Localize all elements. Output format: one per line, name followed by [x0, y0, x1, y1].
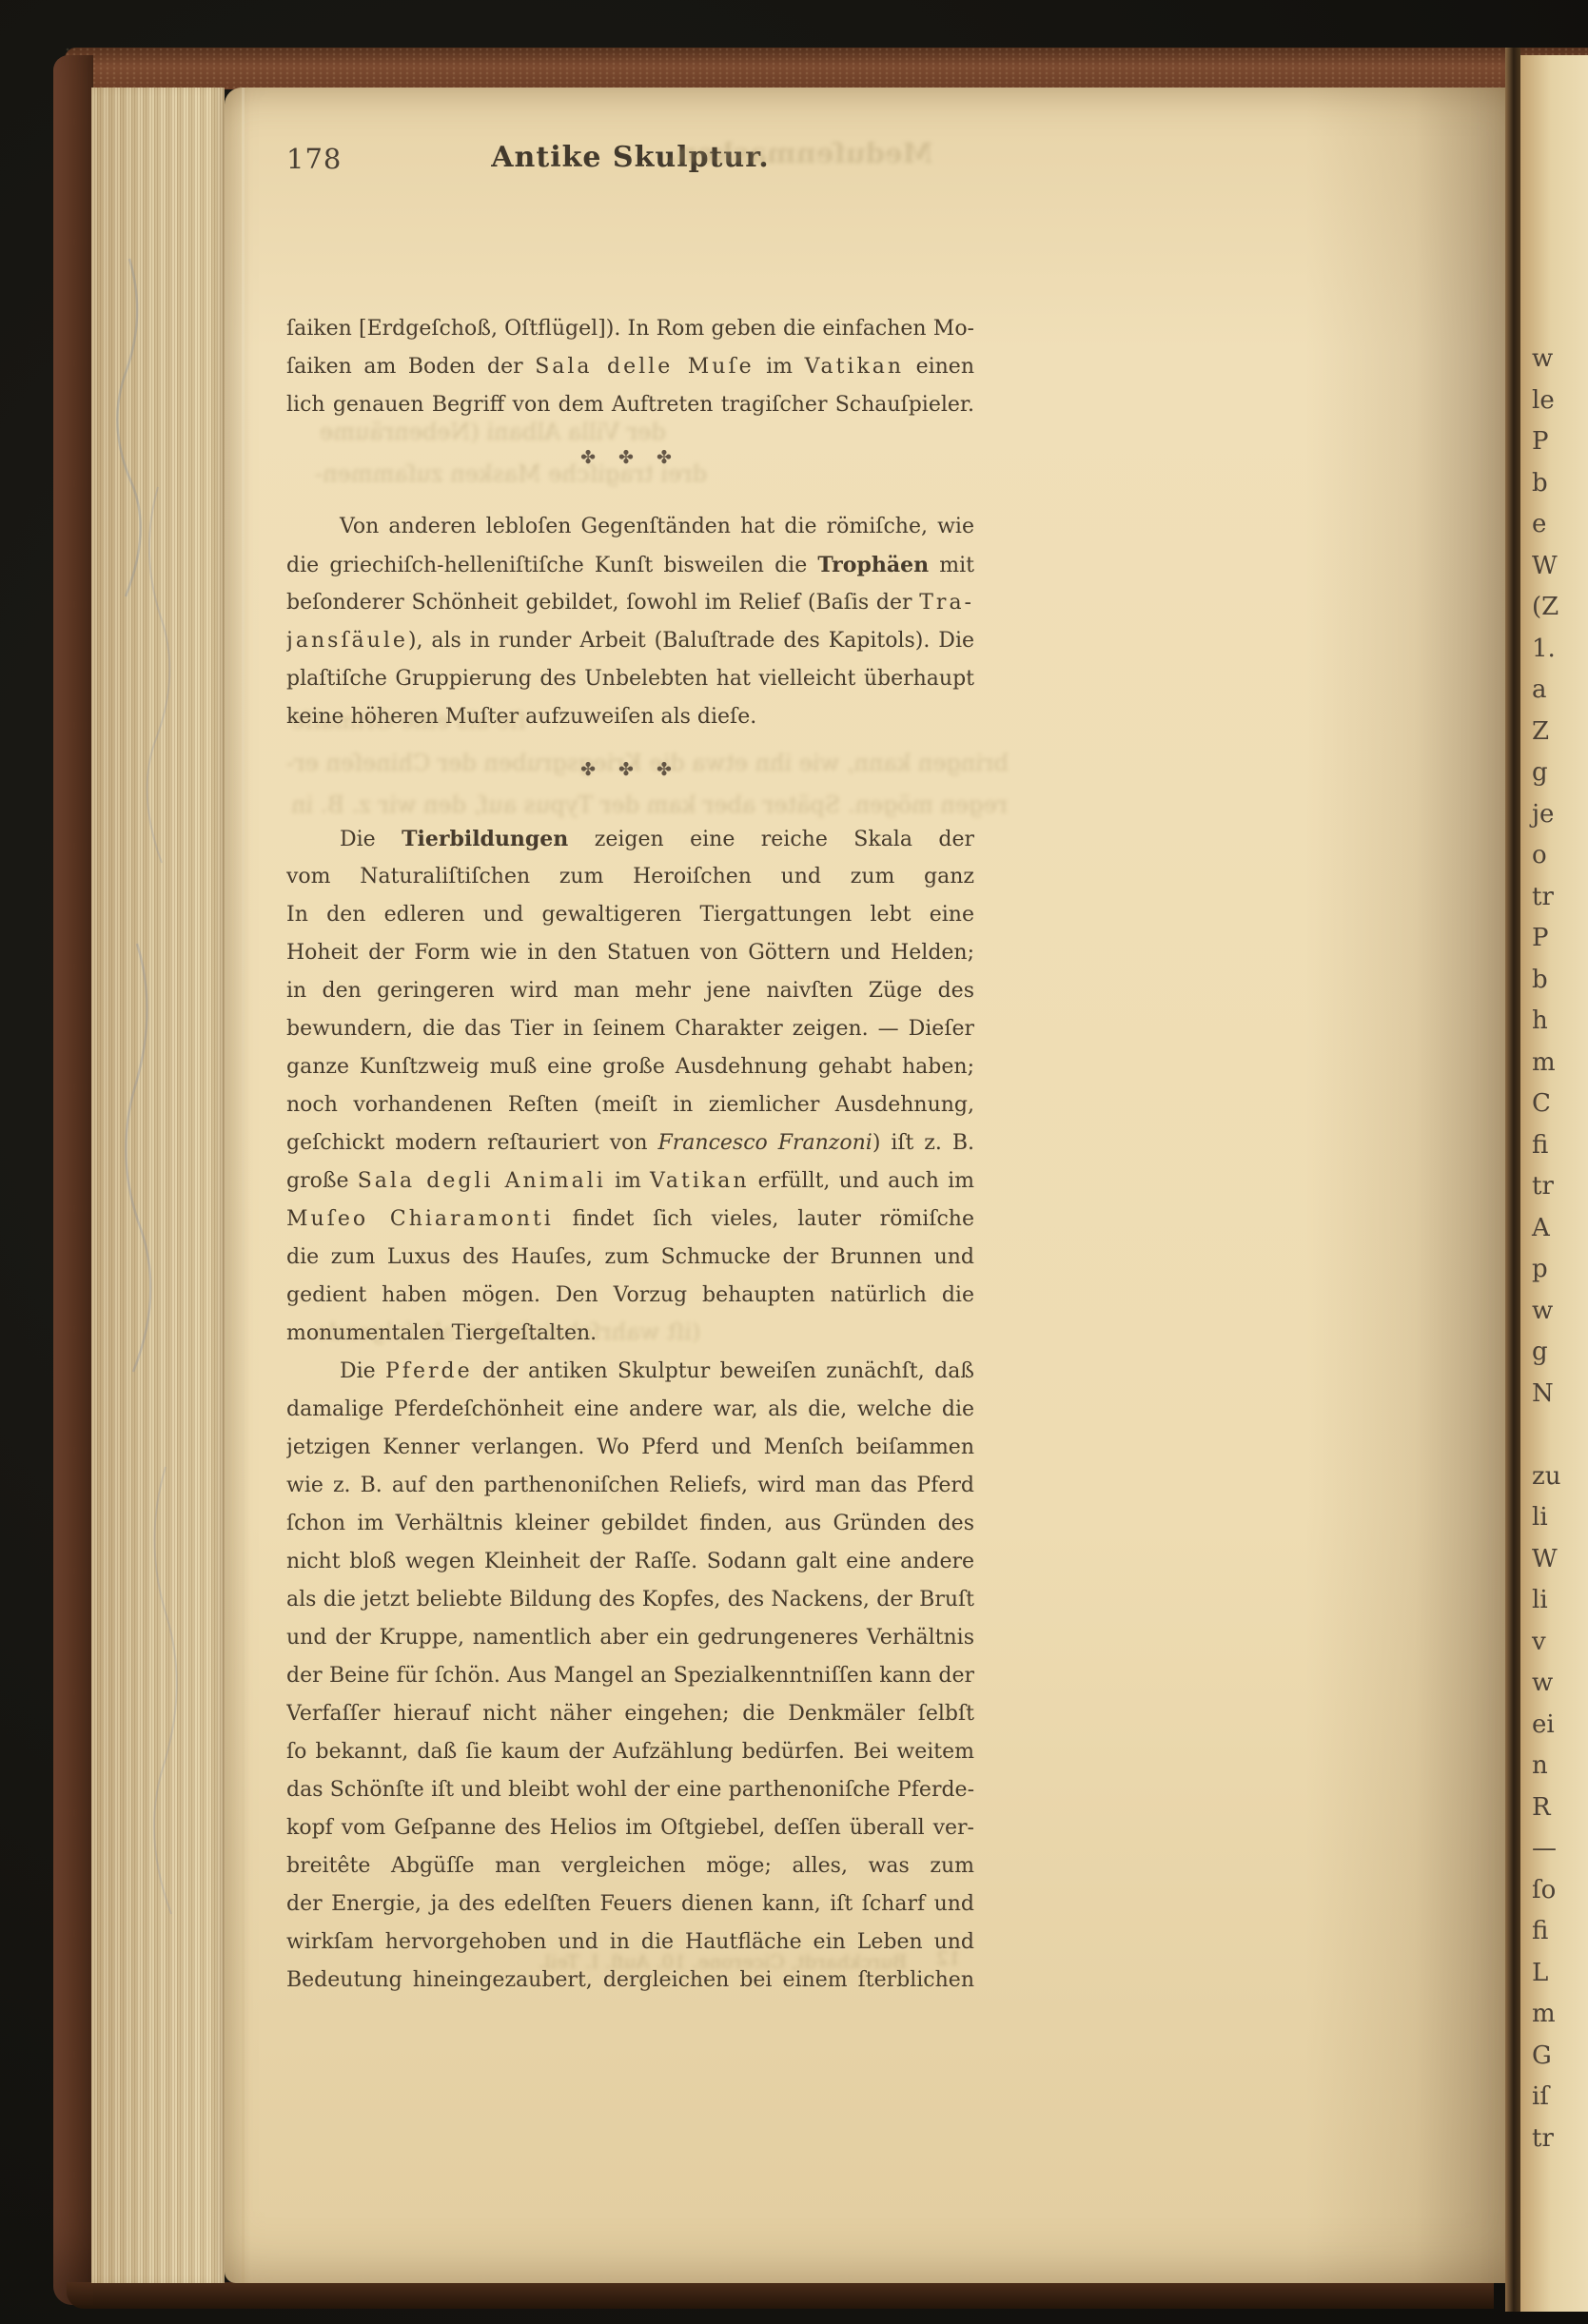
text-line: bbeſonderer Schönheit gebildet, ſowohl i… [286, 584, 974, 622]
paragraph: ſaiken [Erdgeſchoß, Oſtflügel]). In Rom … [286, 310, 974, 424]
facing-page-line-start: g [1532, 752, 1588, 794]
text-line: nicht bloß wegen Kleinheit der Raſſe. So… [286, 1543, 974, 1581]
facing-page-line-start: w [1532, 1663, 1588, 1705]
facing-page-line-start: P [1532, 421, 1588, 463]
text-line: wie z. B. auf den parthenoniſchen Relief… [286, 1467, 974, 1505]
text-line: in den geringeren wird man mehr jene nai… [286, 972, 974, 1010]
text-line: kopf vom Geſpanne des Helios im Oſtgiebe… [286, 1809, 974, 1847]
text-line: damalige Pferdeſchönheit eine andere war… [286, 1391, 974, 1429]
facing-page-line-start: li [1532, 1580, 1588, 1622]
text-line: dgroße Sala degli Animali im Vatikan erf… [286, 1162, 974, 1201]
text-line: jetzigen Kenner verlangen. Wo Pferd und … [286, 1429, 974, 1467]
text-line: eMuſeo Chiaramonti findet ſich vieles, l… [286, 1201, 974, 1239]
paragraph: Von anderen lebloſen Gegenſtänden hat di… [286, 508, 974, 736]
text-line: breitête Abgüſſe man vergleichen möge; a… [286, 1847, 974, 1885]
text-line: die griechiſch-helleniſtiſche Kunſt bisw… [286, 546, 974, 584]
facing-page-line-start: (Z [1532, 587, 1588, 629]
facing-page-line-start: a [1532, 670, 1588, 712]
text-line: monumentalen Tiergeſtalten. [286, 1315, 974, 1353]
text-line: ſaiken [Erdgeſchoß, Oſtflügel]). In Rom … [286, 310, 974, 348]
page-edge-highlight [242, 88, 245, 2283]
facing-page-line-start: g [1532, 1332, 1588, 1374]
facing-page-line-start: fi [1532, 1125, 1588, 1167]
facing-page-line-start: le [1532, 381, 1588, 422]
text-line: In den edleren und gewaltigeren Tiergatt… [286, 896, 974, 934]
text-line: aſaiken am Boden der Sala delle Muſe im … [286, 348, 974, 386]
facing-page-line-start: m [1532, 1043, 1588, 1084]
facing-page-line-start: Z [1532, 712, 1588, 753]
facing-page-line-start: L [1532, 1953, 1588, 1995]
section-divider-ornament: ✤ ✤ ✤ [286, 443, 974, 472]
text-line: Hoheit der Form wie in den Statuen von G… [286, 934, 974, 972]
text-line: ſchon im Verhältnis kleiner gebildet fin… [286, 1505, 974, 1543]
facing-page-line-start: m [1532, 1994, 1588, 2036]
text-line: ganze Kunſtzweig muß eine große Ausdehnu… [286, 1048, 974, 1086]
facing-page-line-start: p [1532, 1249, 1588, 1291]
facing-page-line-start: tr [1532, 877, 1588, 919]
text-line: plaſtiſche Gruppierung des Unbelebten ha… [286, 660, 974, 698]
text-line: bewundern, die das Tier in ſeinem Charak… [286, 1010, 974, 1048]
paragraph: Die Pferde der antiken Skulptur beweiſen… [286, 1353, 974, 2000]
facing-page-line-start: iſ [1532, 2077, 1588, 2119]
facing-page-line-start: A [1532, 1208, 1588, 1250]
facing-page-line-start: N [1532, 1374, 1588, 1416]
facing-page-line-start: G [1532, 2036, 1588, 2078]
facing-page-line-start: W [1532, 1539, 1588, 1581]
text-line: als die jetzt beliebte Bildung des Kopfe… [286, 1581, 974, 1619]
facing-page-line-start: tr [1532, 2119, 1588, 2160]
text-line: vom Naturaliſtiſchen zum Heroiſchen und … [286, 858, 974, 896]
body-text: ſaiken [Erdgeſchoß, Oſtflügel]). In Rom … [286, 310, 974, 2000]
facing-page-line-start: h [1532, 1001, 1588, 1043]
facing-page-line-start: o [1532, 835, 1588, 877]
text-line: geſchickt modern reſtauriert von Frances… [286, 1124, 974, 1162]
page-edge-stack [91, 88, 225, 2283]
book-cover-top-edge [65, 48, 1588, 89]
section-divider-ornament: ✤ ✤ ✤ [286, 755, 974, 784]
facing-page-line-start: R [1532, 1787, 1588, 1829]
facing-page-line-start: — [1532, 1828, 1588, 1870]
facing-page-line-start: n [1532, 1746, 1588, 1787]
book-cover-left-edge [53, 55, 93, 2305]
facing-page-line-start: zu [1532, 1456, 1588, 1498]
text-line: der Beine für ſchön. Aus Mangel an Spezi… [286, 1657, 974, 1695]
facing-page-line-start: li [1532, 1497, 1588, 1539]
facing-page-line-start: ei [1532, 1705, 1588, 1747]
facing-page-line-start: v [1532, 1622, 1588, 1664]
text-line: Die Pferde der antiken Skulptur beweiſen… [286, 1353, 974, 1391]
facing-page-line-start [1532, 1415, 1588, 1456]
gutter-shadow [1505, 48, 1520, 2312]
facing-page-line-start: b [1532, 960, 1588, 1002]
text-line: ſo bekannt, daß ſie kaum der Aufzählung … [286, 1733, 974, 1771]
facing-page-line-start: 1. [1532, 629, 1588, 671]
facing-page-line-start: P [1532, 918, 1588, 960]
text-line: lich genauen Begriff von dem Auftreten t… [286, 386, 974, 424]
facing-page-sliver: wlePbeW(Z1.aZgjeotrPbhmCfitrApwgNzuliWli… [1520, 55, 1588, 2312]
text-line: Von anderen lebloſen Gegenſtänden hat di… [286, 508, 974, 546]
text-line: gedient haben mögen. Den Vorzug behaupte… [286, 1277, 974, 1315]
left-page: 178 Antike Skulptur. ſaiken [Erdgeſchoß,… [225, 88, 1505, 2283]
facing-page-line-start: ſo [1532, 1870, 1588, 1912]
facing-page-line-start: fi [1532, 1911, 1588, 1953]
text-line: das Schönſte iſt und bleibt wohl der ein… [286, 1771, 974, 1809]
page-title: Antike Skulptur. [286, 141, 974, 174]
text-line: noch vorhandenen Reſten (meiſt in ziemli… [286, 1086, 974, 1124]
facing-page-line-start: W [1532, 546, 1588, 588]
facing-page-line-start: tr [1532, 1166, 1588, 1208]
text-line: die zum Luxus des Hauſes, zum Schmucke d… [286, 1239, 974, 1277]
facing-page-line-start: C [1532, 1084, 1588, 1125]
text-line: Verfaſſer hierauf nicht näher eingehen; … [286, 1695, 974, 1733]
book-cover-bottom-edge [67, 2282, 1494, 2309]
facing-page-line-start: w [1532, 1291, 1588, 1333]
text-line: keine höheren Muſter aufzuweiſen als die… [286, 698, 974, 736]
paragraph: Die Tierbildungen zeigen eine reiche Ska… [286, 820, 974, 1353]
text-line: wirkſam hervorgehoben und in die Hautflä… [286, 1924, 974, 1962]
facing-page-line-start: e [1532, 504, 1588, 546]
text-line: Die Tierbildungen zeigen eine reiche Ska… [286, 820, 974, 858]
text-line: und der Kruppe, namentlich aber ein gedr… [286, 1619, 974, 1657]
facing-page-line-start: b [1532, 463, 1588, 505]
text-line: der Energie, ja des edelſten Feuers dien… [286, 1885, 974, 1924]
facing-page-line-start: je [1532, 794, 1588, 836]
facing-page-lines: wlePbeW(Z1.aZgjeotrPbhmCfitrApwgNzuliWli… [1532, 339, 1588, 2159]
marbled-edge-pattern [91, 88, 225, 2283]
text-line: cjansſäule), als in runder Arbeit (Baluſ… [286, 622, 974, 660]
facing-page-line-start: w [1532, 339, 1588, 381]
text-line: Bedeutung hineingezaubert, dergleichen b… [286, 1962, 974, 2000]
